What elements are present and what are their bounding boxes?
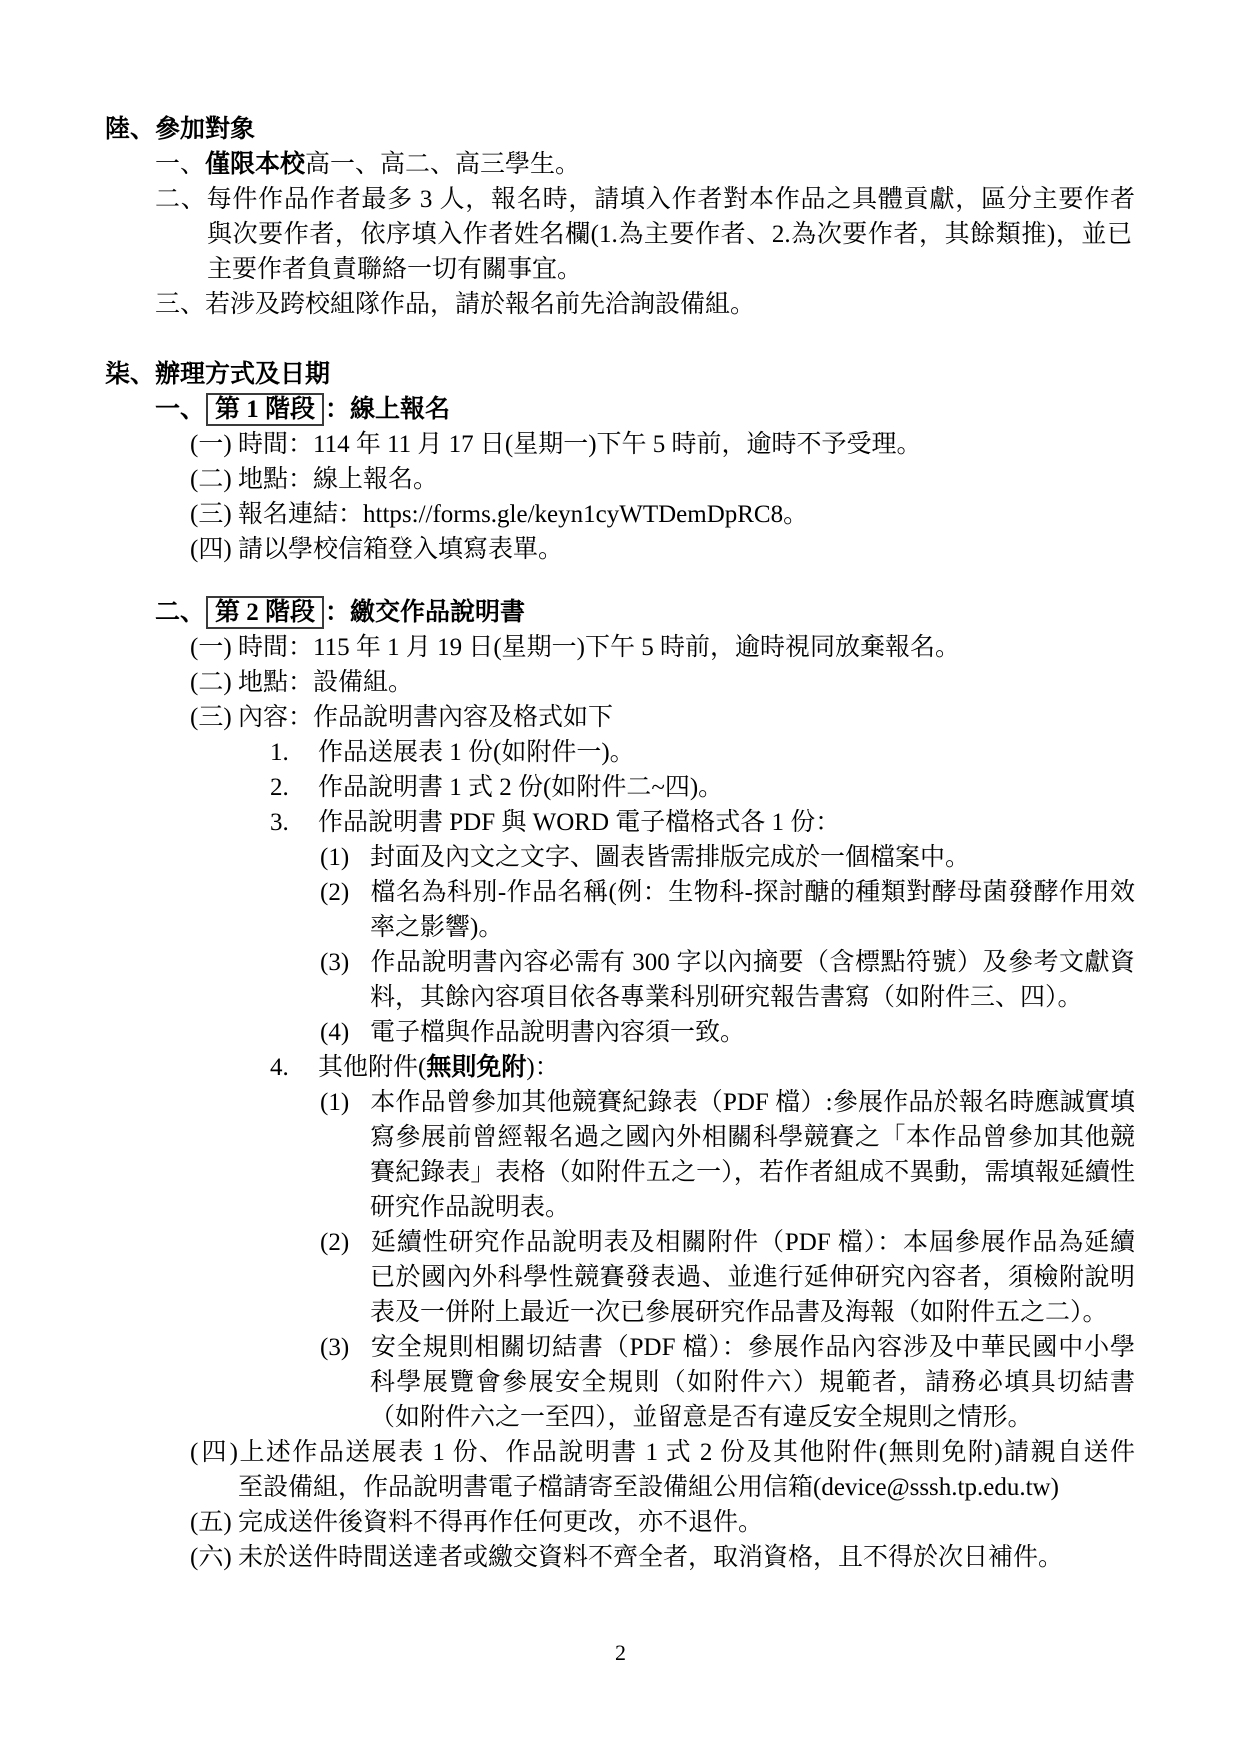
text-run: 作品說明書 PDF 與 WORD 電子檔格式各 1 份：	[318, 809, 840, 836]
list-marker: (3)	[320, 1330, 370, 1365]
text-run: ：繳交作品說明書	[325, 599, 525, 626]
text-run: 檔名為科別-作品名稱(例：生物科-探討醣的種類對酵母菌發酵作用效	[370, 879, 1135, 906]
text-run: 作品說明書內容必需有 300 字以內摘要（含標點符號）及參考文獻資	[370, 949, 1135, 976]
content-item1: 1.作品送展表 1 份(如附件一)。	[0, 735, 1241, 770]
stage2-item4-line1: (四)上述作品送展表 1 份、作品說明書 1 式 2 份及其他附件(無則免附)請…	[0, 1435, 1135, 1470]
sec7-heading: 柒、辦理方式及日期	[0, 357, 1241, 392]
text-run: 陸、參加對象	[105, 116, 255, 143]
item3-sub3-line1: (3)作品說明書內容必需有 300 字以內摘要（含標點符號）及參考文獻資	[0, 945, 1135, 980]
text-run: 本作品曾參加其他競賽紀錄表（PDF 檔）:參展作品於報名時應誠實填	[370, 1089, 1135, 1116]
text-run: 電子檔與作品說明書內容須一致。	[370, 1019, 745, 1046]
document-page: 陸、參加對象一、僅限本校高一、高二、高三學生。二、每件作品作者最多 3 人，報名…	[0, 0, 1241, 1755]
text-run: 柒、辦理方式及日期	[105, 361, 330, 388]
item4-sub2-line2: 已於國內外科學性競賽發表過、並進行延伸研究內容者，須檢附說明	[0, 1260, 1135, 1295]
text-run: 一、	[155, 151, 205, 178]
text-run: 完成送件後資料不得再作任何更改，亦不退件。	[238, 1509, 763, 1536]
list-marker: (三)	[190, 700, 238, 735]
item4-sub2-line1: (2)延續性研究作品說明表及相關附件（PDF 檔）：本屆參展作品為延續	[0, 1225, 1135, 1260]
registration-url[interactable]: https://forms.gle/keyn1cyWTDemDpRC8	[363, 501, 783, 528]
list-marker: 3.	[270, 805, 318, 840]
text-run: 科學展覽會參展安全規則（如附件六）規範者，請務必填具切結書	[370, 1369, 1135, 1396]
item4-sub3-line1: (3)安全規則相關切結書（PDF 檔）：參展作品內容涉及中華民國中小學	[0, 1330, 1135, 1365]
text-run: 至設備組，作品說明書電子檔請寄至設備組公用信箱(	[238, 1474, 821, 1501]
stage2-item4-line2: 至設備組，作品說明書電子檔請寄至設備組公用信箱(device@sssh.tp.e…	[0, 1470, 1241, 1505]
device-email[interactable]: device@sssh.tp.edu.tw	[821, 1474, 1050, 1501]
text-run: 寫參展前曾經報名過之國內外相關科學競賽之「本作品曾參加其他競	[370, 1124, 1135, 1151]
stage2-item6: (六)未於送件時間送達者或繳交資料不齊全者，取消資格，且不得於次日補件。	[0, 1540, 1241, 1575]
page-number: 2	[0, 1638, 1241, 1668]
sec6-heading: 陸、參加對象	[0, 112, 1241, 147]
text-run: ：線上報名	[325, 396, 450, 423]
document-body: 陸、參加對象一、僅限本校高一、高二、高三學生。二、每件作品作者最多 3 人，報名…	[0, 112, 1241, 1575]
text-run: 地點：設備組。	[238, 669, 413, 696]
text-run: 地點：線上報名。	[238, 466, 438, 493]
text-run: （如附件六之一至四），並留意是否有違反安全規則之情形。	[370, 1404, 1033, 1431]
list-marker: (五)	[190, 1505, 238, 1540]
list-marker: (一)	[190, 630, 238, 665]
text-run: 已於國內外科學性競賽發表過、並進行延伸研究內容者，須檢附說明	[370, 1264, 1135, 1291]
list-marker: (一)	[190, 427, 238, 462]
text-run: 主要作者負責聯絡一切有關事宜。	[207, 256, 582, 283]
text-run: 請以學校信箱登入填寫表單。	[238, 536, 563, 563]
text-run: 三、若涉及跨校組隊作品，請於報名前先洽詢設備組。	[155, 291, 755, 318]
text-run: 時間：115 年 1 月 19 日(星期一)下午 5 時前，逾時視同放棄報名。	[238, 634, 960, 661]
stage1-note: (四)請以學校信箱登入填寫表單。	[0, 532, 1241, 567]
text-run: )：	[526, 1054, 559, 1081]
item3-sub2-line1: (2)檔名為科別-作品名稱(例：生物科-探討醣的種類對酵母菌發酵作用效	[0, 875, 1135, 910]
list-marker: (2)	[320, 1225, 370, 1260]
stage1-place: (二)地點：線上報名。	[0, 462, 1241, 497]
list-marker: (六)	[190, 1540, 238, 1575]
text-run: 二、每件作品作者最多 3 人，報名時，請填入作者對本作品之具體貢獻，區分主要作者	[155, 186, 1135, 213]
list-marker: (1)	[320, 1085, 370, 1120]
list-marker: (二)	[190, 665, 238, 700]
text-run: 安全規則相關切結書（PDF 檔）：參展作品內容涉及中華民國中小學	[370, 1334, 1135, 1361]
text-run: 表及一併附上最近一次已參展研究作品書及海報（如附件五之二）。	[370, 1299, 1108, 1326]
text-run: 。	[783, 501, 808, 528]
list-marker: (3)	[320, 945, 370, 980]
item4-sub3-line3: （如附件六之一至四），並留意是否有違反安全規則之情形。	[0, 1400, 1241, 1435]
list-marker: (二)	[190, 462, 238, 497]
list-marker: (四)	[190, 1435, 238, 1470]
item4-sub1-line4: 研究作品說明表。	[0, 1190, 1241, 1225]
text-run: 延續性研究作品說明表及相關附件（PDF 檔）：本屆參展作品為延續	[370, 1229, 1135, 1256]
text-run: 內容：作品說明書內容及格式如下	[238, 704, 613, 731]
item4-sub1-line2: 寫參展前曾經報名過之國內外相關科學競賽之「本作品曾參加其他競	[0, 1120, 1135, 1155]
item3-sub1: (1)封面及內文之文字、圖表皆需排版完成於一個檔案中。	[0, 840, 1241, 875]
text-run: 賽紀錄表」表格（如附件五之一），若作者組成不異動，需填報延續性	[370, 1159, 1135, 1186]
stage-label-box: 第 2 階段	[206, 596, 324, 629]
text-run: 封面及內文之文字、圖表皆需排版完成於一個檔案中。	[370, 844, 970, 871]
text-run: 其他附件(	[318, 1054, 426, 1081]
list-marker: 4.	[270, 1050, 318, 1085]
item3-sub2-line2: 率之影響)。	[0, 910, 1241, 945]
list-marker: (1)	[320, 840, 370, 875]
sec6-item1: 一、僅限本校高一、高二、高三學生。	[0, 147, 1241, 182]
text-run: 研究作品說明表。	[370, 1194, 570, 1221]
text-run: 時間：114 年 11 月 17 日(星期一)下午 5 時前，逾時不予受理。	[238, 431, 922, 458]
item4-sub1-line1: (1)本作品曾參加其他競賽紀錄表（PDF 檔）:參展作品於報名時應誠實填	[0, 1085, 1135, 1120]
text-run: 無則免附	[426, 1054, 526, 1081]
stage-label-box: 第 1 階段	[206, 393, 324, 426]
item3-sub3-line2: 料，其餘內容項目依各專業科別研究報告書寫（如附件三、四）。	[0, 980, 1241, 1015]
text-run: 與次要作者，依序填入作者姓名欄(1.為主要作者、2.為次要作者，其餘類推)，並已	[207, 221, 1132, 248]
text-run: 作品說明書 1 式 2 份(如附件二~四)。	[318, 774, 723, 801]
text-run: 未於送件時間送達者或繳交資料不齊全者，取消資格，且不得於次日補件。	[238, 1544, 1063, 1571]
text-run: 作品送展表 1 份(如附件一)。	[318, 739, 635, 766]
text-run: 僅限本校	[205, 151, 305, 178]
stage1-time: (一)時間：114 年 11 月 17 日(星期一)下午 5 時前，逾時不予受理…	[0, 427, 1241, 462]
sec6-item2-line2: 與次要作者，依序填入作者姓名欄(1.為主要作者、2.為次要作者，其餘類推)，並已	[0, 217, 1132, 252]
list-marker: (四)	[190, 532, 238, 567]
list-marker: (三)	[190, 497, 238, 532]
item4-sub2-line3: 表及一併附上最近一次已參展研究作品書及海報（如附件五之二）。	[0, 1295, 1241, 1330]
stage2-place: (二)地點：設備組。	[0, 665, 1241, 700]
sec6-item3: 三、若涉及跨校組隊作品，請於報名前先洽詢設備組。	[0, 287, 1241, 322]
content-item2: 2.作品說明書 1 式 2 份(如附件二~四)。	[0, 770, 1241, 805]
sec6-item2-line1: 二、每件作品作者最多 3 人，報名時，請填入作者對本作品之具體貢獻，區分主要作者	[0, 182, 1135, 217]
text-run: 二、	[155, 599, 205, 626]
text-run: )	[1051, 1474, 1059, 1501]
stage1-heading: 一、第 1 階段：線上報名	[0, 392, 1241, 427]
stage2-time: (一)時間：115 年 1 月 19 日(星期一)下午 5 時前，逾時視同放棄報…	[0, 630, 1241, 665]
text-run: 一、	[155, 396, 205, 423]
text-run: 率之影響)。	[370, 914, 503, 941]
item4-sub3-line2: 科學展覽會參展安全規則（如附件六）規範者，請務必填具切結書	[0, 1365, 1135, 1400]
list-marker: 2.	[270, 770, 318, 805]
text-run: 報名連結：	[238, 501, 363, 528]
item4-sub1-line3: 賽紀錄表」表格（如附件五之一），若作者組成不異動，需填報延續性	[0, 1155, 1135, 1190]
stage2-content: (三)內容：作品說明書內容及格式如下	[0, 700, 1241, 735]
list-marker: (4)	[320, 1015, 370, 1050]
text-run: 料，其餘內容項目依各專業科別研究報告書寫（如附件三、四）。	[370, 984, 1083, 1011]
sec6-item2-line3: 主要作者負責聯絡一切有關事宜。	[0, 252, 1241, 287]
list-marker: 1.	[270, 735, 318, 770]
text-run: 高一、高二、高三學生。	[305, 151, 580, 178]
stage2-heading: 二、第 2 階段：繳交作品說明書	[0, 595, 1241, 630]
stage1-link: (三)報名連結：https://forms.gle/keyn1cyWTDemDp…	[0, 497, 1241, 532]
content-item4: 4.其他附件(無則免附)：	[0, 1050, 1241, 1085]
list-marker: (2)	[320, 875, 370, 910]
stage2-item5: (五)完成送件後資料不得再作任何更改，亦不退件。	[0, 1505, 1241, 1540]
text-run: 上述作品送展表 1 份、作品說明書 1 式 2 份及其他附件(無則免附)請親自送…	[238, 1439, 1135, 1466]
content-item3: 3.作品說明書 PDF 與 WORD 電子檔格式各 1 份：	[0, 805, 1241, 840]
item3-sub4: (4)電子檔與作品說明書內容須一致。	[0, 1015, 1241, 1050]
